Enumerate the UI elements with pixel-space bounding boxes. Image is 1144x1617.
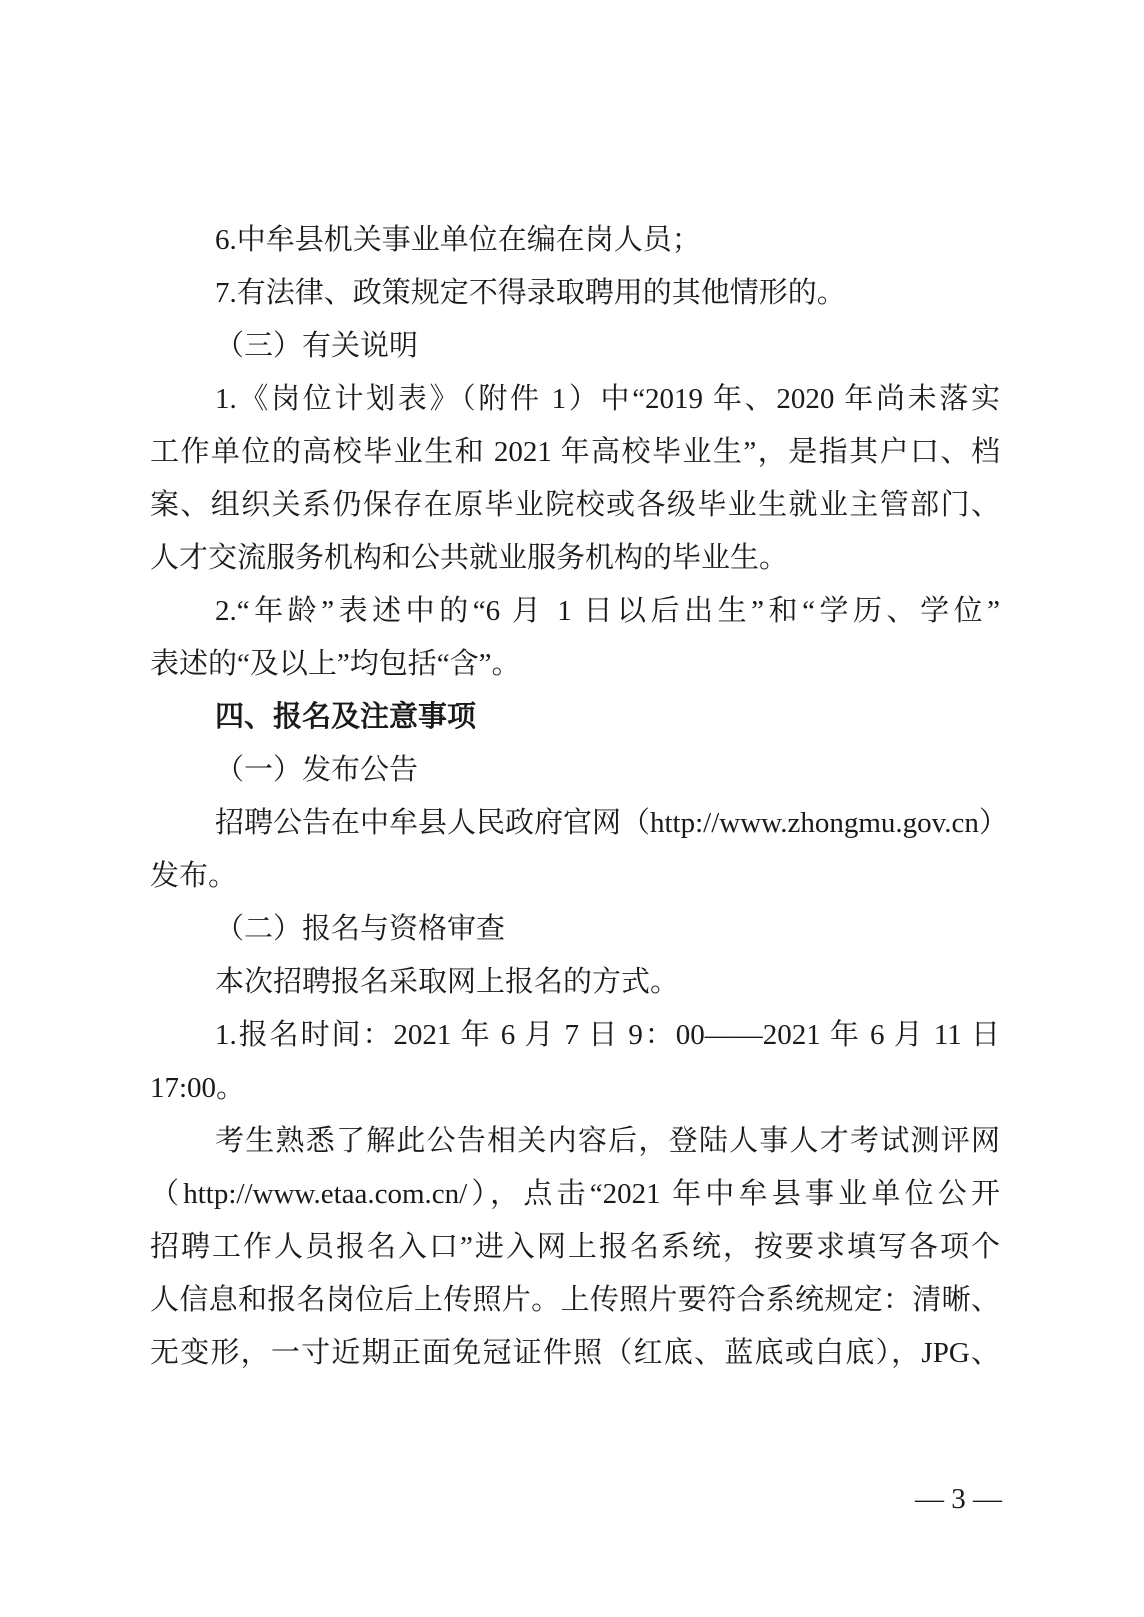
para-online-method: 本次招聘报名采取网上报名的方式。 <box>150 956 1000 1009</box>
para-procedure-line-5: 无变形，一寸近期正面免冠证件照（红底、蓝底或白底），JPG、 <box>150 1327 1000 1380</box>
para-procedure-line-2: （http://www.etaa.com.cn/），点击“2021 年中牟县事业… <box>150 1168 1000 1221</box>
subheading-publish-announcement: （一）发布公告 <box>150 744 1000 797</box>
para-job-plan-line-3: 案、组织关系仍保存在原毕业院校或各级毕业生就业主管部门、 <box>150 479 1000 532</box>
para-job-plan-line-2: 工作单位的高校毕业生和 2021 年高校毕业生”，是指其户口、档 <box>150 426 1000 479</box>
para-age-definition-line-1: 2.“年龄”表述中的“6 月 1 日以后出生”和“学历、学位” <box>150 585 1000 638</box>
subheading-related-notes: （三）有关说明 <box>150 320 1000 373</box>
para-procedure-line-4: 人信息和报名岗位后上传照片。上传照片要符合系统规定：清晰、 <box>150 1274 1000 1327</box>
page-number: — 3 — <box>915 1482 1002 1516</box>
para-signup-time-line-2: 17:00。 <box>150 1062 1000 1115</box>
para-age-definition-line-2: 表述的“及以上”均包括“含”。 <box>150 638 1000 691</box>
para-announcement-site-line-2: 发布。 <box>150 850 1000 903</box>
para-job-plan-line-4: 人才交流服务机构和公共就业服务机构的毕业生。 <box>150 532 1000 585</box>
para-announcement-site-line-1: 招聘公告在中牟县人民政府官网（http://www.zhongmu.gov.cn… <box>150 797 1000 850</box>
para-job-plan-line-1: 1.《岗位计划表》（附件 1）中“2019 年、2020 年尚未落实 <box>150 373 1000 426</box>
document-page: 6.中牟县机关事业单位在编在岗人员； 7.有法律、政策规定不得录取聘用的其他情形… <box>0 0 1144 1617</box>
subheading-signup-review: （二）报名与资格审查 <box>150 903 1000 956</box>
para-procedure-line-3: 招聘工作人员报名入口”进入网上报名系统，按要求填写各项个 <box>150 1221 1000 1274</box>
para-signup-time-line-1: 1.报名时间：2021 年 6 月 7 日 9：00——2021 年 6 月 1… <box>150 1009 1000 1062</box>
list-item-7: 7.有法律、政策规定不得录取聘用的其他情形的。 <box>150 267 1000 320</box>
list-item-6: 6.中牟县机关事业单位在编在岗人员； <box>150 214 1000 267</box>
para-procedure-line-1: 考生熟悉了解此公告相关内容后，登陆人事人才考试测评网 <box>150 1115 1000 1168</box>
section-heading-registration: 四、报名及注意事项 <box>150 691 1000 744</box>
document-body: 6.中牟县机关事业单位在编在岗人员； 7.有法律、政策规定不得录取聘用的其他情形… <box>150 214 1000 1380</box>
